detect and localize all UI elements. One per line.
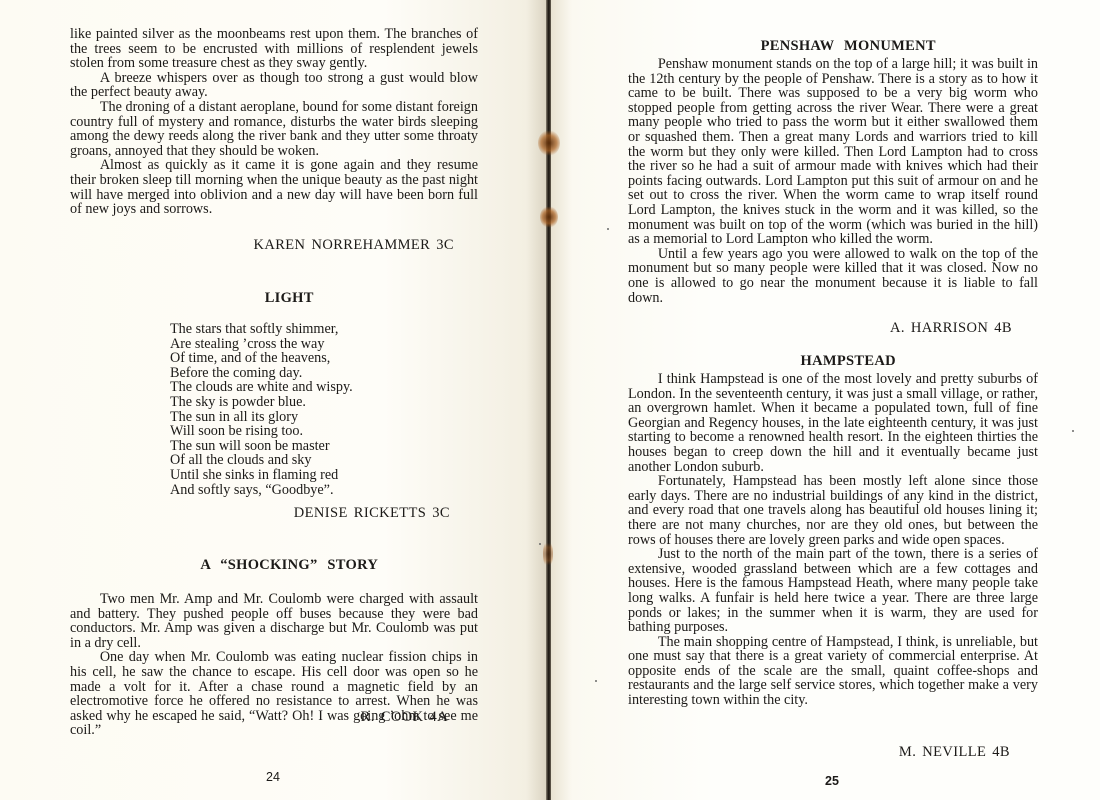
author-credit: DENISE RICKETTS 3C (70, 506, 450, 521)
print-speck (607, 228, 609, 230)
author-credit: KAREN NORREHAMMER 3C (70, 238, 454, 253)
continued-essay: like painted silver as the moonbeams res… (70, 27, 478, 217)
penshaw-body: Penshaw monument stands on the top of a … (628, 57, 1038, 305)
author-block: M. NEVILLE 4B (628, 745, 1010, 760)
hampstead-body: I think Hampstead is one of the most lov… (628, 372, 1038, 708)
print-speck (1072, 430, 1074, 432)
rust-stain (538, 130, 560, 156)
paragraph: Fortunately, Hampstead has been mostly l… (628, 474, 1038, 547)
paragraph: Penshaw monument stands on the top of a … (628, 57, 1038, 247)
paragraph: like painted silver as the moonbeams res… (70, 27, 478, 71)
author-block: R. COOK 4A (70, 710, 448, 725)
article-title: HAMPSTEAD (628, 354, 1038, 369)
paragraph: Until a few years ago you were allowed t… (628, 247, 1038, 305)
poem-line: The sun will soon be master (170, 439, 470, 454)
author-credit: R. COOK 4A (70, 710, 448, 725)
author-credit: A. HARRISON 4B (628, 321, 1012, 336)
poem-line: Of time, and of the heavens, (170, 351, 470, 366)
page-number-right: 25 (825, 774, 839, 788)
poem-title-block: LIGHT (70, 291, 478, 306)
rust-stain (543, 540, 553, 568)
poem-line: And softly says, “Goodbye”. (170, 483, 470, 498)
poem-line: The sun in all its glory (170, 410, 470, 425)
paragraph: Two men Mr. Amp and Mr. Coulomb were cha… (70, 592, 478, 650)
hampstead-title-block: HAMPSTEAD (628, 354, 1038, 369)
article-title: PENSHAW MONUMENT (628, 39, 1038, 54)
poem-line: Before the coming day. (170, 366, 470, 381)
penshaw-title-block: PENSHAW MONUMENT (628, 39, 1038, 54)
book-spine (546, 0, 551, 800)
story-title: A “SHOCKING” STORY (70, 558, 478, 573)
paragraph: I think Hampstead is one of the most lov… (628, 372, 1038, 474)
paragraph: Just to the north of the main part of th… (628, 547, 1038, 635)
print-speck (595, 680, 597, 682)
poem-line: Of all the clouds and sky (170, 453, 470, 468)
author-block: DENISE RICKETTS 3C (70, 506, 450, 521)
print-speck (539, 543, 541, 545)
paragraph: The droning of a distant aeroplane, boun… (70, 100, 478, 158)
author-block: A. HARRISON 4B (628, 321, 1012, 336)
poem-line: The stars that softly shimmer, (170, 322, 470, 337)
author-credit: M. NEVILLE 4B (628, 745, 1010, 760)
book-spread: like painted silver as the moonbeams res… (0, 0, 1100, 800)
author-block: KAREN NORREHAMMER 3C (70, 238, 454, 253)
poem-line: The sky is powder blue. (170, 395, 470, 410)
poem-line: The clouds are white and wispy. (170, 380, 470, 395)
story-title-block: A “SHOCKING” STORY (70, 558, 478, 573)
poem-line: Are stealing ’cross the way (170, 337, 470, 352)
page-number-left: 24 (266, 770, 280, 784)
paragraph: Almost as quickly as it came it is gone … (70, 158, 478, 216)
poem-line: Until she sinks in flaming red (170, 468, 470, 483)
poem-title: LIGHT (70, 291, 478, 306)
rust-stain (540, 206, 558, 228)
paragraph: A breeze whispers over as though too str… (70, 71, 478, 100)
poem-line: Will soon be rising too. (170, 424, 470, 439)
poem-body: The stars that softly shimmer, Are steal… (170, 322, 470, 497)
paragraph: The main shopping centre of Hampstead, I… (628, 635, 1038, 708)
